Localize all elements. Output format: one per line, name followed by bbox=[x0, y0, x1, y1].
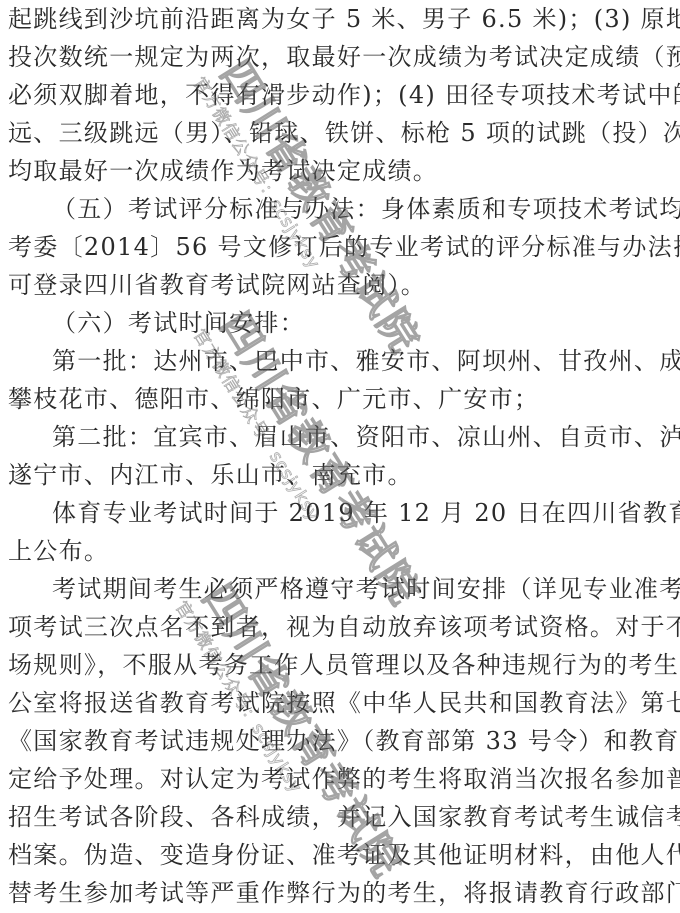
text-line: 体育专业考试时间于 2019 年 12 月 20 日在四川省教育考试院网站 bbox=[52, 494, 680, 532]
text-line: 考试期间考生必须严格遵守考试时间安排（详见专业准考证）。每 bbox=[52, 570, 680, 608]
text-line: 定给予处理。对认定为考试作弊的考生将取消当次报名参加普通高校 bbox=[8, 760, 680, 798]
text-line: 遂宁市、内江市、乐山市、南充市。 bbox=[8, 456, 413, 494]
batch-one-line: 第一批：达州市、巴中市、雅安市、阿坝州、甘孜州、成都市、 bbox=[52, 342, 680, 380]
text-line: 档案。伪造、变造身份证、准考证及其他证明材料，由他人代替或代 bbox=[8, 836, 680, 874]
text-line: 公室将报送省教育考试院按照《中华人民共和国教育法》第七十九条、 bbox=[8, 684, 680, 722]
batch-two-line: 第二批：宜宾市、眉山市、资阳市、凉山州、自贡市、泸州市、 bbox=[52, 418, 680, 456]
text-line: 远、三级跳远（男）、铅球、铁饼、标枪 5 项的试跳（投）次数为三次， bbox=[8, 114, 680, 152]
text-line: 投次数统一规定为两次，取最好一次成绩为考试决定成绩（预备姿势 bbox=[8, 38, 680, 76]
text-line: 均取最好一次成绩作为考试决定成绩。 bbox=[8, 152, 438, 190]
text-line: 场规则》，不服从考务工作人员管理以及各种违规行为的考生，考务办 bbox=[8, 646, 680, 684]
text-line: 招生考试各阶段、各科成绩，并记入国家教育考试考生诚信考试电子 bbox=[8, 798, 680, 836]
text-line: 考委〔2014〕56 号文修订后的专业考试的评分标准与办法执行（考生 bbox=[8, 228, 680, 266]
section-heading-5: （五）考试评分标准与办法：身体素质和专项技术考试均按川招 bbox=[52, 190, 680, 228]
text-line: 起跳线到沙坑前沿距离为女子 5 米、男子 6.5 米)；(3) 原地推铅球试 bbox=[8, 0, 680, 38]
text-line: 攀枝花市、德阳市、绵阳市、广元市、广安市； bbox=[8, 380, 539, 418]
text-line: 替考生参加考试等严重作弊行为的考生，将报请教育行政部门给予停 bbox=[8, 874, 680, 912]
text-line: 《国家教育考试违规处理办法》（教育部第 33 号令）和教育部有关规 bbox=[8, 722, 680, 760]
text-line: 上公布。 bbox=[8, 532, 109, 570]
text-line: 必须双脚着地，不得有滑步动作)；(4) 田径专项技术考试中的田赛跳 bbox=[8, 76, 680, 114]
text-line: 项考试三次点名不到者，视为自动放弃该项考试资格。对于不遵守《考 bbox=[8, 608, 680, 646]
text-line: 可登录四川省教育考试院网站查阅）。 bbox=[8, 266, 426, 304]
section-heading-6: （六）考试时间安排： bbox=[52, 304, 305, 342]
